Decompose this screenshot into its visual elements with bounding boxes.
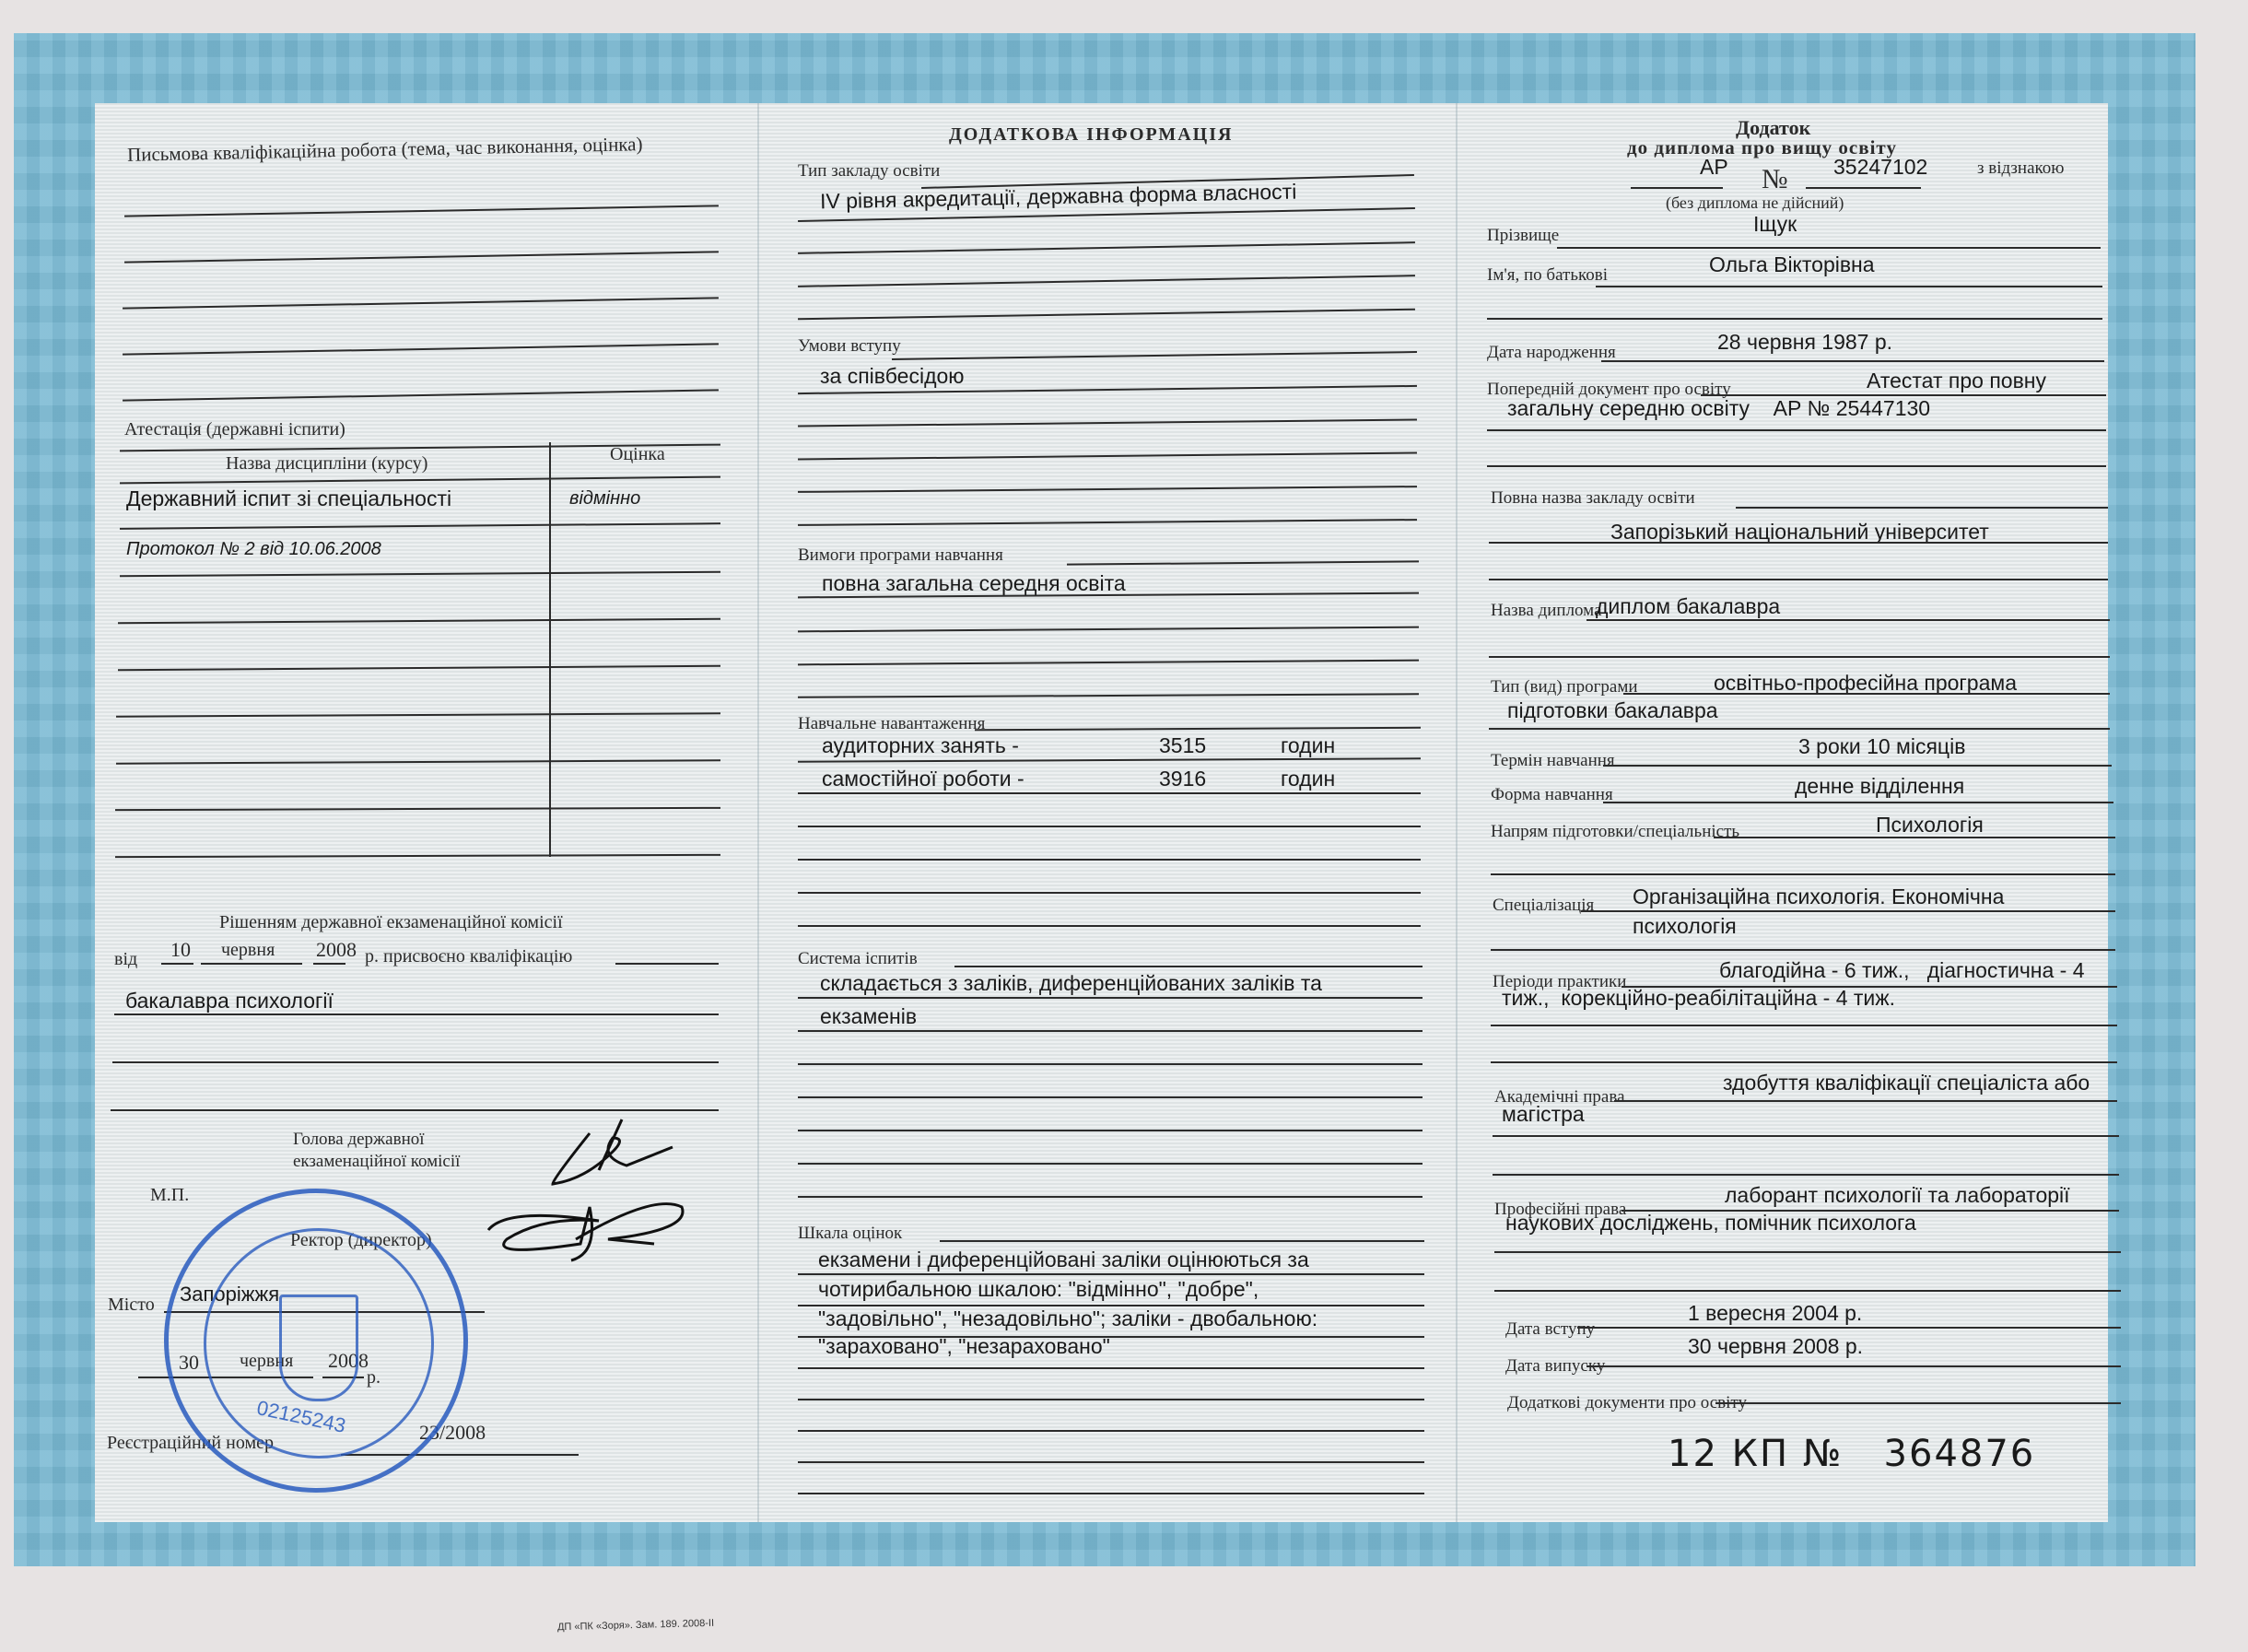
rule xyxy=(798,1367,1424,1369)
rule xyxy=(1489,728,2110,730)
diploma-series: АР xyxy=(1700,155,1728,180)
seal-label: М.П. xyxy=(150,1185,189,1206)
rule xyxy=(1487,465,2106,467)
fold-line xyxy=(757,103,759,1522)
rule xyxy=(1494,1290,2121,1292)
rule xyxy=(1494,1251,2121,1253)
rule xyxy=(798,997,1423,999)
surname-value: Іщук xyxy=(1753,212,1797,237)
rule xyxy=(1489,656,2110,658)
rule xyxy=(1489,579,2108,580)
fold-line xyxy=(1456,103,1458,1522)
grading-value: екзамени і диференційовані заліки оцінюю… xyxy=(818,1248,1309,1272)
birth-label: Дата народження xyxy=(1487,343,1616,363)
rule xyxy=(1487,318,2102,320)
additional-docs-label: Додаткові документи про освіту xyxy=(1507,1393,1747,1413)
institution-label: Повна назва закладу освіти xyxy=(1491,488,1695,509)
signature-rector xyxy=(470,1189,700,1271)
table-column-divider xyxy=(549,442,551,857)
rule xyxy=(798,826,1421,827)
rule xyxy=(1487,429,2106,431)
rule xyxy=(1715,1402,2121,1404)
decision-year: 2008 xyxy=(316,938,357,962)
rule xyxy=(940,1240,1424,1242)
rule xyxy=(161,963,193,965)
rule xyxy=(798,1096,1423,1098)
rule xyxy=(1714,837,2115,838)
workload-type: аудиторних занять - xyxy=(822,733,1019,758)
rule xyxy=(313,963,345,965)
rule xyxy=(1491,873,2115,875)
rule xyxy=(1806,187,1921,189)
requirements-label: Вимоги програми навчання xyxy=(798,545,1003,566)
workload-unit: годин xyxy=(1281,767,1335,791)
table-header-discipline: Назва дисципліни (курсу) xyxy=(226,453,427,475)
rule xyxy=(1491,1061,2117,1063)
academic-rights-value: здобуття кваліфікації спеціаліста або xyxy=(1723,1071,2090,1095)
duration-value: 3 роки 10 місяців xyxy=(1798,734,1965,759)
from-label: від xyxy=(114,949,137,970)
specialization-value: Організаційна психологія. Економічна xyxy=(1633,885,2004,909)
rule xyxy=(798,1273,1424,1275)
decision-day: 10 xyxy=(170,938,191,962)
rule xyxy=(798,1399,1424,1400)
commission-head-label-2: екзаменаційної комісії xyxy=(293,1152,460,1172)
study-form-label: Форма навчання xyxy=(1491,785,1613,805)
workload-label: Навчальне навантаження xyxy=(798,714,985,734)
protocol-cell: Протокол № 2 від 10.06.2008 xyxy=(126,539,381,560)
rule xyxy=(954,966,1423,967)
duration-label: Термін навчання xyxy=(1491,751,1615,771)
rule xyxy=(798,1493,1424,1494)
rule xyxy=(1557,247,2101,249)
diploma-name-label: Назва диплома xyxy=(1491,601,1602,621)
exam-system-label: Система іспитів xyxy=(798,949,918,969)
coat-of-arms-icon xyxy=(279,1295,358,1401)
city-label: Місто xyxy=(108,1295,155,1316)
assigned-label: р. присвоєно кваліфікацію xyxy=(365,946,572,967)
exam-system-value: складається з заліків, диференційованих … xyxy=(820,971,1322,996)
diploma-number: 35247102 xyxy=(1833,155,1927,180)
rule xyxy=(798,1461,1424,1463)
enroll-value: 1 вересня 2004 р. xyxy=(1688,1301,1862,1326)
specialty-label: Напрям підготовки/спеціальність xyxy=(1491,822,1739,842)
rule xyxy=(798,1130,1423,1131)
rule xyxy=(1623,693,2110,695)
rule xyxy=(1586,619,2110,621)
attestation-label: Атестація (державні іспити) xyxy=(124,419,345,440)
grading-value-4: "зараховано", "незараховано" xyxy=(818,1334,1110,1359)
rule xyxy=(201,963,302,965)
rule xyxy=(798,1163,1423,1165)
decision-month: червня xyxy=(221,940,275,961)
surname-label: Прізвище xyxy=(1487,226,1559,246)
institution-value: Запорізький національний університет xyxy=(1610,520,1989,545)
table-header-grade: Оцінка xyxy=(610,444,665,465)
rule xyxy=(1603,765,2112,767)
rule xyxy=(1493,1174,2119,1176)
workload-unit: годин xyxy=(1281,733,1335,758)
commission-head-label: Голова державної xyxy=(293,1130,425,1150)
rule xyxy=(1736,507,2108,509)
prev-doc-value-2: загальну середню освіту АР № 25447130 xyxy=(1507,396,1930,421)
enroll-label: Дата вступу xyxy=(1505,1319,1595,1340)
grading-label: Шкала оцінок xyxy=(798,1224,902,1244)
specialization-label: Спеціалізація xyxy=(1493,896,1594,916)
practice-value-2: тиж., корекційно-реабілітаційна - 4 тиж. xyxy=(1502,986,1895,1011)
birth-value: 28 червня 1987 р. xyxy=(1717,330,1892,355)
specialization-value-2: психологія xyxy=(1633,914,1737,939)
rule xyxy=(798,859,1421,861)
official-stamp: 02125243 xyxy=(164,1189,468,1493)
rule xyxy=(798,1196,1423,1198)
professional-rights-value: лаборант психології та лабораторії xyxy=(1725,1183,2070,1208)
rule xyxy=(798,1030,1423,1032)
discipline-cell: Державний іспит зі спеціальності xyxy=(126,486,451,511)
honors-label: з відзнакою xyxy=(1977,158,2064,179)
name-value: Ольга Вікторівна xyxy=(1709,252,1875,277)
program-type-value: освітньо-професійна програма xyxy=(1714,671,2017,696)
rule xyxy=(1614,1100,2117,1102)
rule xyxy=(1596,286,2102,287)
workload-hours: 3515 xyxy=(1159,733,1206,758)
grading-value-2: чотирибальною шкалою: "відмінно", "добре… xyxy=(818,1277,1259,1302)
study-form-value: денне відділення xyxy=(1795,774,1964,799)
admission-value: за співбесідою xyxy=(820,364,965,389)
rule xyxy=(1586,1365,2121,1367)
signature-commission-head xyxy=(534,1115,691,1198)
rule xyxy=(114,1013,719,1015)
exam-system-value-2: екзаменів xyxy=(820,1004,917,1029)
diploma-name-value: диплом бакалавра xyxy=(1596,594,1780,619)
requirements-value: повна загальна середня освіта xyxy=(822,571,1126,596)
decision-label: Рішенням державної екзаменаційної комісі… xyxy=(219,912,563,933)
rule xyxy=(1493,1135,2119,1137)
rule xyxy=(615,963,719,965)
graduate-value: 30 червня 2008 р. xyxy=(1688,1334,1863,1359)
program-type-label: Тип (вид) програми xyxy=(1491,677,1638,697)
additional-info-title: ДОДАТКОВА ІНФОРМАЦІЯ xyxy=(949,124,1233,146)
rule xyxy=(798,1430,1424,1432)
workload-hours: 3916 xyxy=(1159,767,1206,791)
rule xyxy=(1489,542,2108,544)
rule xyxy=(798,892,1421,894)
grading-value-3: "задовільно", "незадовільно"; заліки - д… xyxy=(818,1306,1317,1331)
rule xyxy=(798,1063,1423,1065)
professional-rights-value-2: наукових досліджень, помічник психолога xyxy=(1505,1211,1916,1236)
printer-imprint: ДП «ПК «Зоря». Зам. 189. 2008-II xyxy=(557,1618,714,1633)
rule xyxy=(798,925,1421,927)
rule xyxy=(112,1061,719,1063)
validity-note: (без диплома не дійсний) xyxy=(1666,193,1844,213)
rule xyxy=(1491,949,2115,951)
rule xyxy=(111,1109,719,1111)
rule xyxy=(1491,1025,2117,1026)
admission-label: Умови вступу xyxy=(798,336,901,357)
grade-cell: відмінно xyxy=(569,488,640,510)
number-sign: № xyxy=(1762,164,1788,195)
rule xyxy=(798,792,1421,794)
rule xyxy=(1577,1327,2121,1329)
prev-doc-value: Атестат про повну xyxy=(1867,369,2046,393)
rule xyxy=(1601,360,2104,362)
workload-type: самостійної роботи - xyxy=(822,767,1024,791)
blank-serial-number: 12 КП № 364876 xyxy=(1668,1433,2035,1475)
name-label: Ім'я, по батькові xyxy=(1487,265,1608,286)
program-type-value-2: підготовки бакалавра xyxy=(1507,698,1718,723)
practice-value: благодійна - 6 тиж., діагностична - 4 xyxy=(1719,958,2085,983)
rule xyxy=(1603,802,2113,803)
qualification-value: бакалавра психології xyxy=(125,989,334,1013)
specialty-value: Психологія xyxy=(1876,813,1984,838)
rule xyxy=(1631,187,1723,189)
rule xyxy=(1581,910,2115,912)
academic-rights-value-2: магістра xyxy=(1502,1102,1585,1127)
institution-type-label: Тип закладу освіти xyxy=(798,161,940,182)
